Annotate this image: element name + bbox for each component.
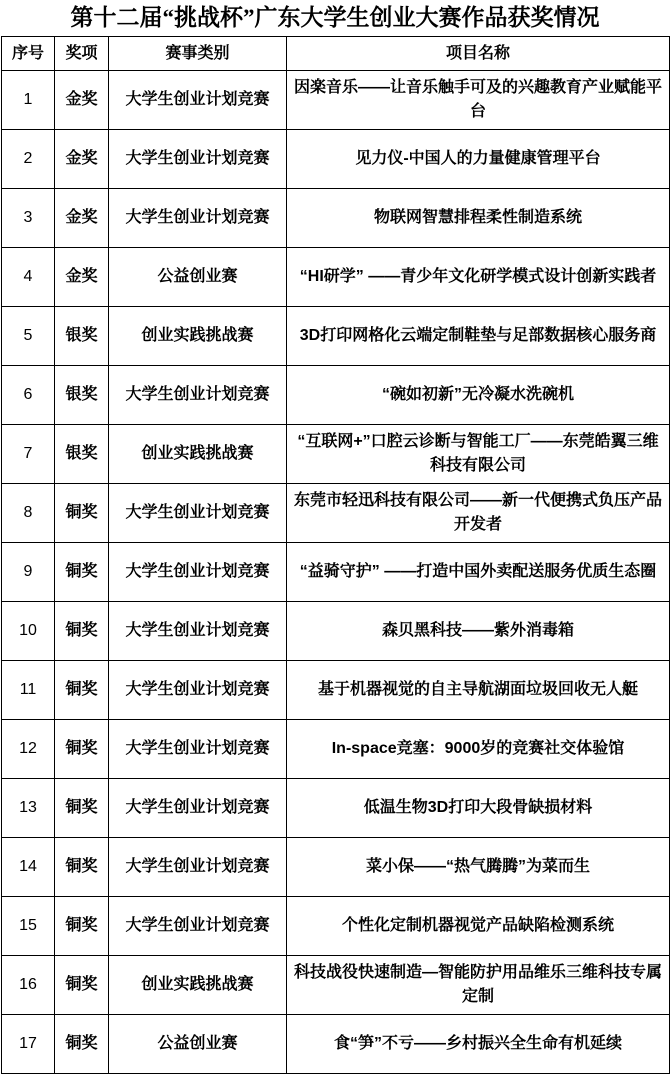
table-row: 13 铜奖 大学生创业计划竞赛 低温生物3D打印大段骨缺损材料: [2, 779, 670, 838]
table-row: 14 铜奖 大学生创业计划竞赛 菜小保——“热气腾腾”为菜而生: [2, 838, 670, 897]
cell-category: 大学生创业计划竞赛: [109, 661, 287, 720]
cell-no: 2: [2, 130, 55, 189]
table-row: 6 银奖 大学生创业计划竞赛 “碗如初新”无冷凝水洗碗机: [2, 366, 670, 425]
cell-project: 个性化定制机器视觉产品缺陷检测系统: [287, 897, 670, 956]
cell-award: 铜奖: [55, 602, 109, 661]
cell-project: 因楽音乐——让音乐触手可及的兴趣教育产业赋能平台: [287, 71, 670, 130]
cell-category: 大学生创业计划竞赛: [109, 189, 287, 248]
header-award: 奖项: [55, 37, 109, 71]
cell-project: “HI研学” ——青少年文化研学模式设计创新实践者: [287, 248, 670, 307]
cell-award: 铜奖: [55, 720, 109, 779]
page: 第十二届“挑战杯”广东大学生创业大赛作品获奖情况 序号 奖项 赛事类别 项目名称…: [0, 0, 670, 1074]
cell-category: 大学生创业计划竞赛: [109, 484, 287, 543]
cell-project: “碗如初新”无冷凝水洗碗机: [287, 366, 670, 425]
cell-project: 食“笋”不亏——乡村振兴全生命有机延续: [287, 1015, 670, 1074]
cell-no: 5: [2, 307, 55, 366]
table-row: 10 铜奖 大学生创业计划竞赛 森贝黑科技——紫外消毒箱: [2, 602, 670, 661]
cell-no: 11: [2, 661, 55, 720]
cell-category: 大学生创业计划竞赛: [109, 602, 287, 661]
cell-category: 创业实践挑战赛: [109, 956, 287, 1015]
table-row: 2 金奖 大学生创业计划竞赛 见力仪-中国人的力量健康管理平台: [2, 130, 670, 189]
cell-project: In-space竞塞：9000岁的竞赛社交体验馆: [287, 720, 670, 779]
cell-award: 铜奖: [55, 543, 109, 602]
cell-award: 铜奖: [55, 1015, 109, 1074]
cell-no: 9: [2, 543, 55, 602]
cell-project: 菜小保——“热气腾腾”为菜而生: [287, 838, 670, 897]
table-row: 3 金奖 大学生创业计划竞赛 物联网智慧排程柔性制造系统: [2, 189, 670, 248]
cell-no: 4: [2, 248, 55, 307]
award-table: 序号 奖项 赛事类别 项目名称 1 金奖 大学生创业计划竞赛 因楽音乐——让音乐…: [1, 36, 670, 1074]
cell-no: 14: [2, 838, 55, 897]
cell-category: 公益创业赛: [109, 248, 287, 307]
cell-project: 低温生物3D打印大段骨缺损材料: [287, 779, 670, 838]
cell-no: 13: [2, 779, 55, 838]
cell-award: 铜奖: [55, 897, 109, 956]
cell-project: “益骑守护” ——打造中国外卖配送服务优质生态圈: [287, 543, 670, 602]
cell-award: 银奖: [55, 366, 109, 425]
cell-award: 铜奖: [55, 779, 109, 838]
cell-award: 金奖: [55, 189, 109, 248]
cell-no: 1: [2, 71, 55, 130]
page-title: 第十二届“挑战杯”广东大学生创业大赛作品获奖情况: [0, 0, 670, 36]
table-row: 9 铜奖 大学生创业计划竞赛 “益骑守护” ——打造中国外卖配送服务优质生态圈: [2, 543, 670, 602]
cell-award: 银奖: [55, 425, 109, 484]
cell-category: 大学生创业计划竞赛: [109, 897, 287, 956]
cell-category: 大学生创业计划竞赛: [109, 720, 287, 779]
cell-project: 科技战役快速制造—智能防护用品维乐三维科技专属定制: [287, 956, 670, 1015]
cell-no: 16: [2, 956, 55, 1015]
table-row: 5 银奖 创业实践挑战赛 3D打印网格化云端定制鞋垫与足部数据核心服务商: [2, 307, 670, 366]
cell-project: “互联网+”口腔云诊断与智能工厂——东莞皓翼三维科技有限公司: [287, 425, 670, 484]
table-body: 1 金奖 大学生创业计划竞赛 因楽音乐——让音乐触手可及的兴趣教育产业赋能平台 …: [2, 71, 670, 1074]
cell-project: 森贝黑科技——紫外消毒箱: [287, 602, 670, 661]
cell-award: 铜奖: [55, 484, 109, 543]
table-row: 8 铜奖 大学生创业计划竞赛 东莞市轻迅科技有限公司——新一代便携式负压产品开发…: [2, 484, 670, 543]
cell-award: 铜奖: [55, 956, 109, 1015]
cell-category: 大学生创业计划竞赛: [109, 366, 287, 425]
cell-category: 大学生创业计划竞赛: [109, 130, 287, 189]
cell-no: 17: [2, 1015, 55, 1074]
header-row: 序号 奖项 赛事类别 项目名称: [2, 37, 670, 71]
cell-category: 大学生创业计划竞赛: [109, 779, 287, 838]
cell-no: 15: [2, 897, 55, 956]
header-category: 赛事类别: [109, 37, 287, 71]
cell-category: 大学生创业计划竞赛: [109, 71, 287, 130]
cell-category: 公益创业赛: [109, 1015, 287, 1074]
cell-award: 银奖: [55, 307, 109, 366]
table-row: 17 铜奖 公益创业赛 食“笋”不亏——乡村振兴全生命有机延续: [2, 1015, 670, 1074]
cell-award: 铜奖: [55, 838, 109, 897]
table-row: 1 金奖 大学生创业计划竞赛 因楽音乐——让音乐触手可及的兴趣教育产业赋能平台: [2, 71, 670, 130]
cell-category: 大学生创业计划竞赛: [109, 838, 287, 897]
cell-award: 金奖: [55, 130, 109, 189]
table-row: 7 银奖 创业实践挑战赛 “互联网+”口腔云诊断与智能工厂——东莞皓翼三维科技有…: [2, 425, 670, 484]
cell-project: 东莞市轻迅科技有限公司——新一代便携式负压产品开发者: [287, 484, 670, 543]
cell-category: 创业实践挑战赛: [109, 425, 287, 484]
table-header: 序号 奖项 赛事类别 项目名称: [2, 37, 670, 71]
table-row: 15 铜奖 大学生创业计划竞赛 个性化定制机器视觉产品缺陷检测系统: [2, 897, 670, 956]
cell-no: 3: [2, 189, 55, 248]
cell-project: 物联网智慧排程柔性制造系统: [287, 189, 670, 248]
cell-no: 7: [2, 425, 55, 484]
cell-project: 3D打印网格化云端定制鞋垫与足部数据核心服务商: [287, 307, 670, 366]
cell-project: 基于机器视觉的自主导航湖面垃圾回收无人艇: [287, 661, 670, 720]
cell-award: 铜奖: [55, 661, 109, 720]
cell-no: 12: [2, 720, 55, 779]
table-row: 4 金奖 公益创业赛 “HI研学” ——青少年文化研学模式设计创新实践者: [2, 248, 670, 307]
cell-no: 8: [2, 484, 55, 543]
header-project: 项目名称: [287, 37, 670, 71]
cell-no: 6: [2, 366, 55, 425]
table-row: 16 铜奖 创业实践挑战赛 科技战役快速制造—智能防护用品维乐三维科技专属定制: [2, 956, 670, 1015]
cell-project: 见力仪-中国人的力量健康管理平台: [287, 130, 670, 189]
header-no: 序号: [2, 37, 55, 71]
table-row: 11 铜奖 大学生创业计划竞赛 基于机器视觉的自主导航湖面垃圾回收无人艇: [2, 661, 670, 720]
cell-no: 10: [2, 602, 55, 661]
cell-category: 创业实践挑战赛: [109, 307, 287, 366]
cell-category: 大学生创业计划竞赛: [109, 543, 287, 602]
table-row: 12 铜奖 大学生创业计划竞赛 In-space竞塞：9000岁的竞赛社交体验馆: [2, 720, 670, 779]
cell-award: 金奖: [55, 248, 109, 307]
cell-award: 金奖: [55, 71, 109, 130]
